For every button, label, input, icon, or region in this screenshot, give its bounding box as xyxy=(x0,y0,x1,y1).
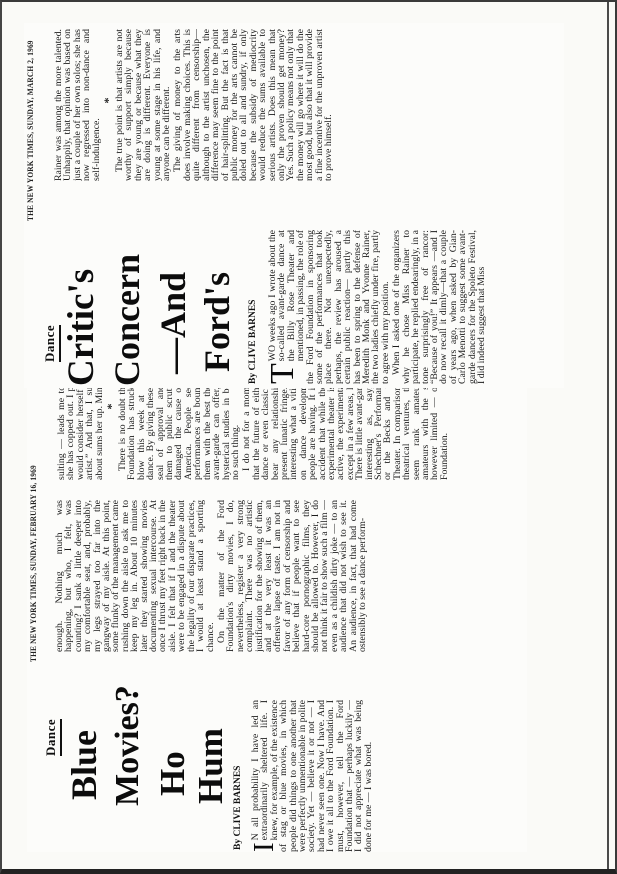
paragraph: When I asked one of the organizers why h… xyxy=(392,230,486,384)
right-col1-text: WO weeks ago I wrote about the so-called… xyxy=(268,230,391,384)
left-article-column-1: IN all probability I have led an extraor… xyxy=(251,700,421,852)
headline-line: Critic's xyxy=(60,269,103,386)
right-article-column-1: TWO weeks ago I wrote about the so-calle… xyxy=(268,230,560,384)
clipping-critics-concern: THE NEW YORK TIMES, SUNDAY, MARCH 2, 196… xyxy=(24,23,564,388)
paragraph: Rainer was among the more talented. Unha… xyxy=(54,29,101,181)
scanned-scrapbook-page: 156 THE NEW YORK TIMES, SUNDAY, FEBRUARY… xyxy=(0,0,617,874)
left-col1-text: N all probability I have led an extraord… xyxy=(251,700,374,852)
kicker-dance-right: Dance xyxy=(42,325,61,362)
left-article-column-2: enough. Nothing much was happening, but … xyxy=(55,500,437,652)
clipping-blue-movies: THE NEW YORK TIMES, SUNDAY, FEBRUARY 16,… xyxy=(27,342,527,852)
kicker-dance-left: Dance xyxy=(43,719,62,756)
headline-line: —And xyxy=(152,272,194,374)
paragraph: On the matter of the Ford Foundation's d… xyxy=(217,500,368,652)
headline-line: Movies? xyxy=(109,685,147,806)
paragraph: The true point is that artists are not w… xyxy=(115,29,171,181)
scan-edge-line xyxy=(607,2,609,869)
headline-line: Concern xyxy=(106,254,148,386)
dropcap-I: I xyxy=(251,840,276,852)
masthead-feb16: THE NEW YORK TIMES, SUNDAY, FEBRUARY 16,… xyxy=(29,465,38,662)
headline-line: Blue xyxy=(63,730,105,800)
byline-right: By CLIVE BARNES xyxy=(248,300,258,384)
byline-left: By CLIVE BARNES xyxy=(233,766,243,850)
paragraph: The giving of money to the arts does inv… xyxy=(173,29,333,181)
dropcap-T: T xyxy=(268,361,297,384)
headline-line: Hum xyxy=(191,728,231,804)
section-break-star: * xyxy=(103,29,113,181)
paragraph: enough. Nothing much was happening, but … xyxy=(55,500,215,652)
headline-line: Ford's xyxy=(196,272,238,372)
masthead-mar2: THE NEW YORK TIMES, SUNDAY, MARCH 2, 196… xyxy=(26,40,35,221)
right-article-column-2: Rainer was among the more talented. Unha… xyxy=(54,29,456,181)
headline-line: Ho xyxy=(153,751,193,796)
